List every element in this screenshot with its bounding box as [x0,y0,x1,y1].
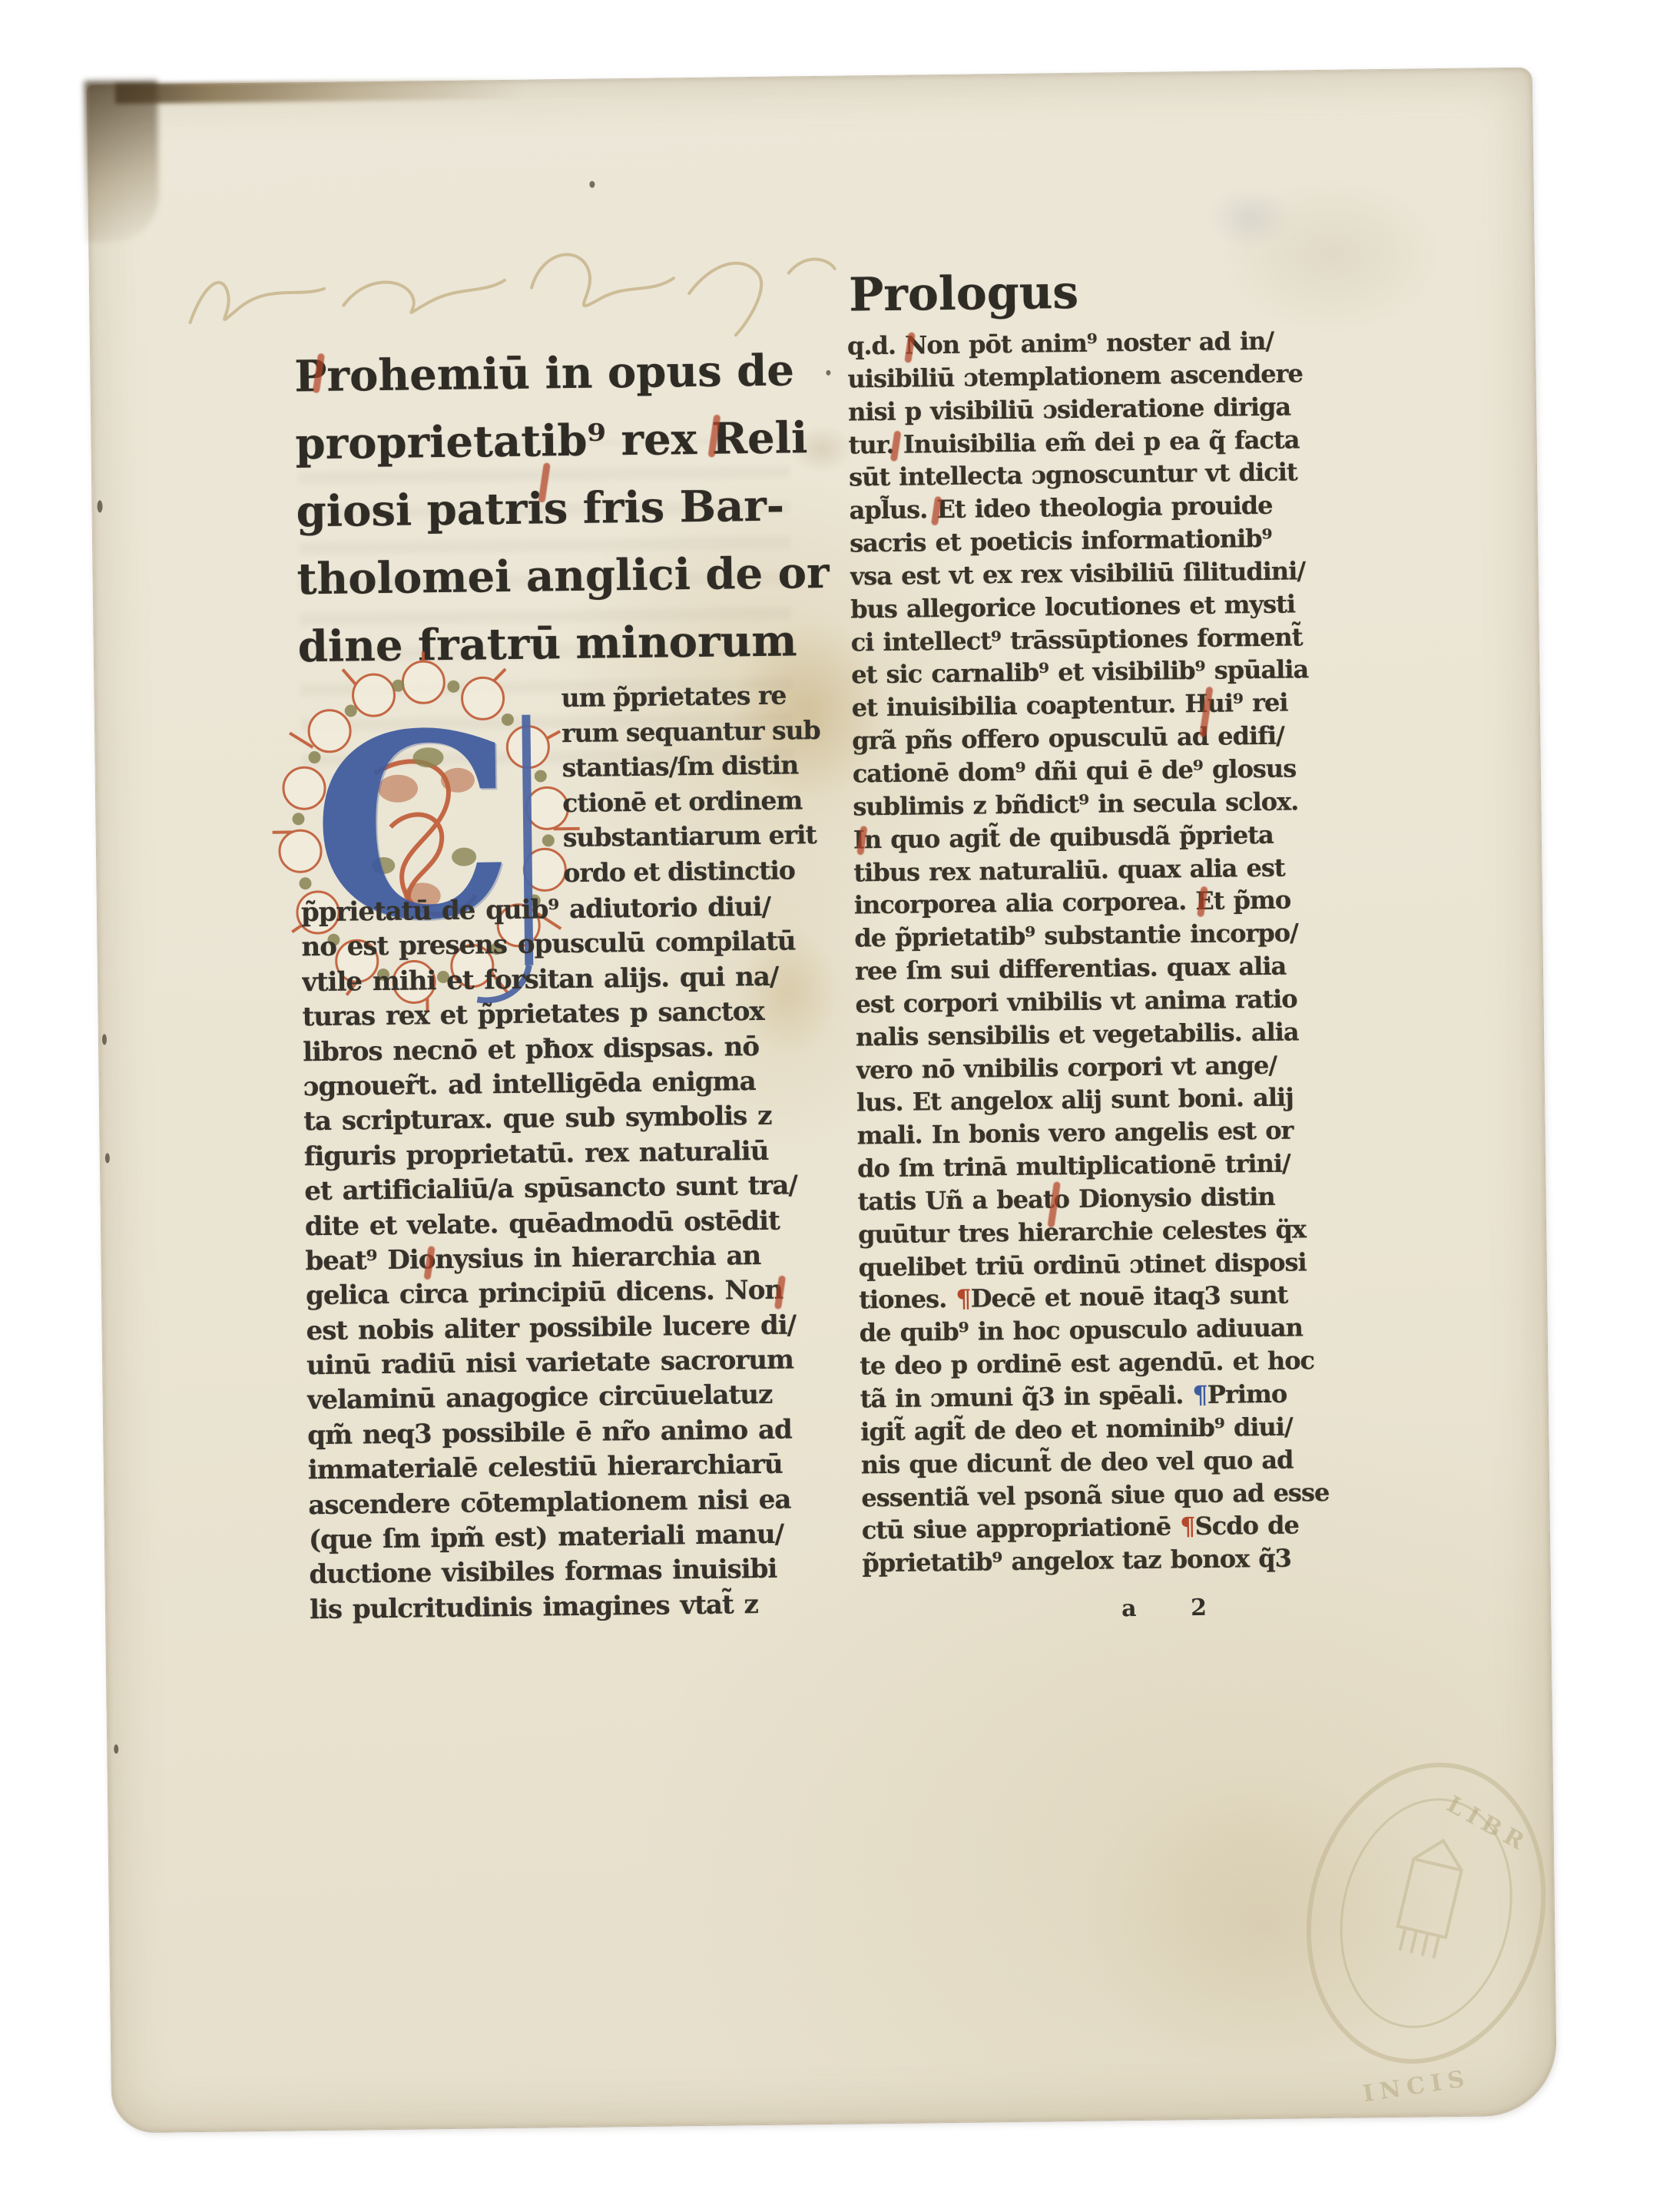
text-line: et artificialiū/a spūsancto sunt tra/ [304,1168,835,1210]
text-line: um p̃prietates re [561,677,826,716]
text-line: turas rex et p̃prietates p sanctox [302,994,833,1035]
paragraph-mark: ¶ [956,1284,971,1313]
paper-stain [1187,171,1310,264]
text-line: p̃prietatib⁹ angelox taz bonox q̃3 [862,1541,1400,1580]
text-line: stantias/ſm distin [561,747,827,786]
right-body-lines: q.d. Non pōt anim⁹ noster ad in/uisibili… [847,323,1400,1580]
left-column-heading: Prohemiū in opus deproprietatib⁹ rex Rel… [294,336,866,680]
binding-speck [114,1744,118,1753]
text-line: Prohemiū in opus de [294,336,863,410]
top-edge-smudge [115,78,545,104]
binding-speck [105,1153,110,1163]
text-line: ordo et distinctio [563,852,829,890]
text-line: lis pulcritudinis imagines vtat̃ z [310,1587,840,1628]
photo-background: Prohemiū in opus deproprietatib⁹ rex Rel… [0,0,1653,2212]
stamp-text-lower: INCIS [1361,2065,1472,2108]
line-text: tã in ɔmuni q̃3 in spēali. [860,1380,1193,1413]
blind-stamp: LIBR INCIS [1260,1715,1588,2134]
ink-speck [589,181,595,188]
line-text: tiones. [859,1284,956,1315]
line-text: ctū siue appropriationē [862,1512,1181,1545]
text-line: tholomei anglici de or [296,538,866,613]
paragraph-mark: ¶ [1192,1380,1207,1409]
text-line: giosi patris fris Bar- [296,471,865,545]
book-page: Prohemiū in opus deproprietatib⁹ rex Rel… [88,68,1556,2133]
text-line: no est presens opusculū compilatū [301,924,832,965]
text-line: et sic carnalib⁹ et visibilib⁹ spūalia [851,652,1389,691]
text-line: gelica circa principiū dicens. Non [306,1273,836,1314]
signature-mark-2: 2 [1191,1594,1207,1621]
prologus-heading: Prologus [849,266,1079,323]
line-text: Decē et nouē itaq3 sunt [971,1280,1288,1313]
text-line: immaterialē celestiū hierarchiarū [308,1447,839,1488]
text-line: essentiã vel psonã siue quo ad esse [861,1475,1399,1514]
text-line: velaminū anagogice circūuelatuz [306,1377,837,1419]
paragraph-mark: ¶ [1180,1512,1195,1541]
binding-speck [97,500,102,512]
stamp-text-upper: LIBR [1442,1791,1534,1859]
top-left-corner-smudge [84,80,160,242]
text-line: ductione visibiles formas inuisibi [309,1551,840,1593]
binding-speck [102,1034,107,1045]
text-line: proprietatib⁹ rex Reli [295,403,864,478]
text-line: substantiarum erit [563,817,829,856]
text-line: rum sequantur sub [561,712,827,750]
line-text: Primo [1207,1379,1287,1409]
signature-mark-a: a [1121,1595,1137,1622]
text-line: ta scripturax. que sub symbolis z [303,1098,834,1140]
left-opener-lines: um p̃prietates rerum sequantur substanti… [561,677,828,890]
text-line: ctionē et ordinem [562,782,828,820]
line-text: Scdo de [1194,1511,1299,1541]
left-body-lines: p̃prietatū de quib⁹ adiutorio diui/no es… [301,889,840,1628]
